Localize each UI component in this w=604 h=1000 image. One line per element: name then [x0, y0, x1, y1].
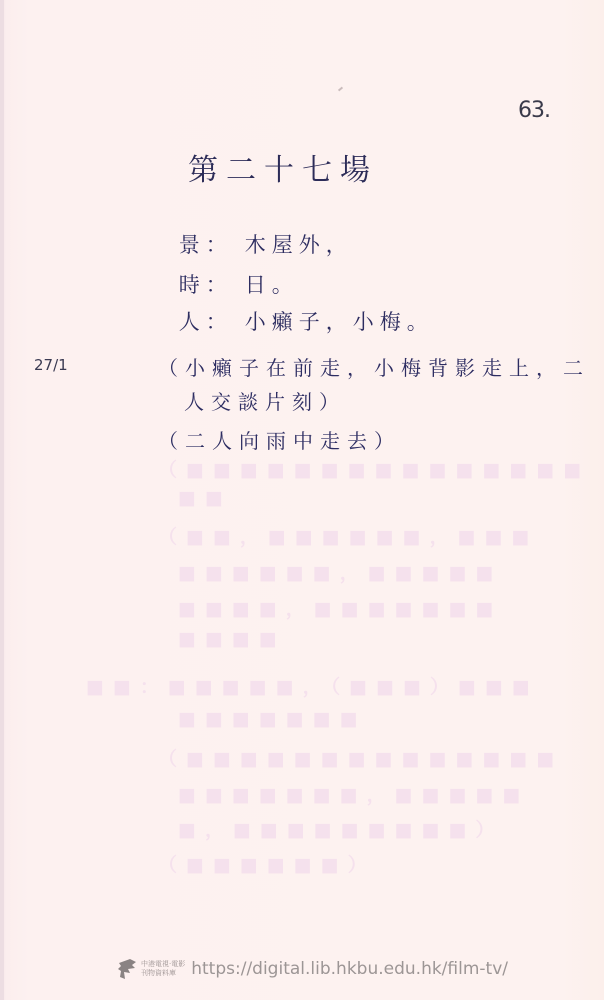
bleed-through-line: ■■■■■■■ — [178, 708, 367, 730]
bleed-through-line: ■■■■ — [178, 628, 286, 650]
logo-text-line-1: 中港電視·電影 — [141, 960, 185, 969]
bleed-through-line: ■■ — [178, 487, 232, 509]
action-line: （小癩子在前走，小梅背影走上，二 — [158, 352, 590, 381]
bleed-through-line: （■■，■■■■■■，■■■ — [158, 522, 538, 549]
bleed-through-line: ■■■■■■，■■■■■ — [178, 558, 502, 585]
scene-characters-value: 小癩子，小梅。 — [245, 310, 434, 334]
logo-text-line-2: 刊物資料庫 — [141, 969, 185, 978]
watermark-footer: 中港電視·電影 刊物資料庫 https://digital.lib.hkbu.e… — [116, 952, 508, 986]
action-line: （二人向雨中走去） — [158, 425, 401, 454]
action-line: 人交談片刻） — [184, 386, 346, 415]
bleed-through-line: ■■■■，■■■■■■■ — [178, 594, 502, 621]
pencil-mark — [338, 87, 343, 92]
script-page: （■■■■■■■■■■■■■■■■■（■■，■■■■■■，■■■■■■■■■，■… — [0, 0, 604, 1000]
scene-characters-label: 人： — [179, 310, 233, 334]
bleed-through-line: （■■■■■■■■■■■■■■■ — [158, 455, 590, 482]
bleed-through-line: （■■■■■■） — [158, 850, 376, 877]
scene-characters: 人：小癩子，小梅。 — [128, 282, 434, 360]
source-url: https://digital.lib.hkbu.edu.hk/film-tv/ — [191, 959, 508, 979]
archive-logo: 中港電視·電影 刊物資料庫 — [116, 957, 185, 981]
bleed-through-line: ■■：■■■■■，（■■■）■■■ — [86, 672, 539, 699]
bleed-through-line: （■■■■■■■■■■■■■■ — [158, 744, 563, 771]
scene-title: 第二十七場 — [188, 145, 378, 189]
film-archive-logo-icon — [116, 957, 138, 981]
bleed-through-line: ■，■■■■■■■■■） — [178, 815, 504, 842]
shot-number: 27/1 — [34, 356, 68, 374]
page-number: 63. — [518, 98, 550, 123]
bleed-through-line: ■■■■■■■，■■■■■ — [178, 780, 529, 807]
